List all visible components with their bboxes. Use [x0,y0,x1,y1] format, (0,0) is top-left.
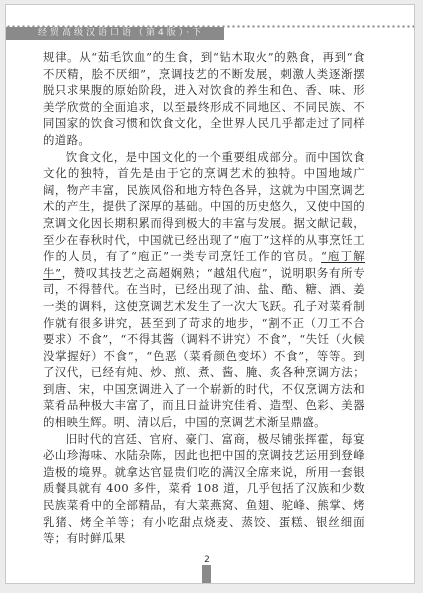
paragraph-2: 饮食文化，是中国文化的一个重要组成部分。而中国饮食文化的独特，首先是由于它的烹调… [43,149,365,431]
page-number: 2 [201,555,213,565]
text-segment: 旧时代的宫廷、官府、豪门、富商，极尽铺张挥霍，每宴必山珍海味、水陆杂陈，因此也把… [43,432,365,546]
text-segment: ，赞叹其技艺之高超娴熟；“越俎代庖”，说明职务有所专司，不得替代。在当时，已经出… [43,266,365,429]
book-page: 经贸高级汉语口语（第4版）·下 规律。从“茹毛饮血”的生食，到“钻木取火”的熟食… [5,4,415,584]
page-number-tab [202,565,211,584]
text-segment: 饮食文化，是中国文化的一个重要组成部分。而中国饮食文化的独特，首先是由于它的烹调… [43,150,365,264]
paragraph-1: 规律。从“茹毛饮血”的生食，到“钻木取火”的熟食，再到“食不厌精，脍不厌细”，烹… [43,49,365,149]
running-header: 经贸高级汉语口语（第4版）·下 [6,27,224,40]
book-title: 经贸高级汉语口语（第4版）·下 [38,27,204,40]
body-text: 规律。从“茹毛饮血”的生食，到“钻木取火”的熟食，再到“食不厌精，脍不厌细”，烹… [43,49,365,547]
paragraph-3: 旧时代的宫廷、官府、豪门、富商，极尽铺张挥霍，每宴必山珍海味、水陆杂陈，因此也把… [43,431,365,547]
text-segment: 规律。从“茹毛饮血”的生食，到“钻木取火”的熟食，再到“食不厌精，脍不厌细”，烹… [43,50,365,147]
